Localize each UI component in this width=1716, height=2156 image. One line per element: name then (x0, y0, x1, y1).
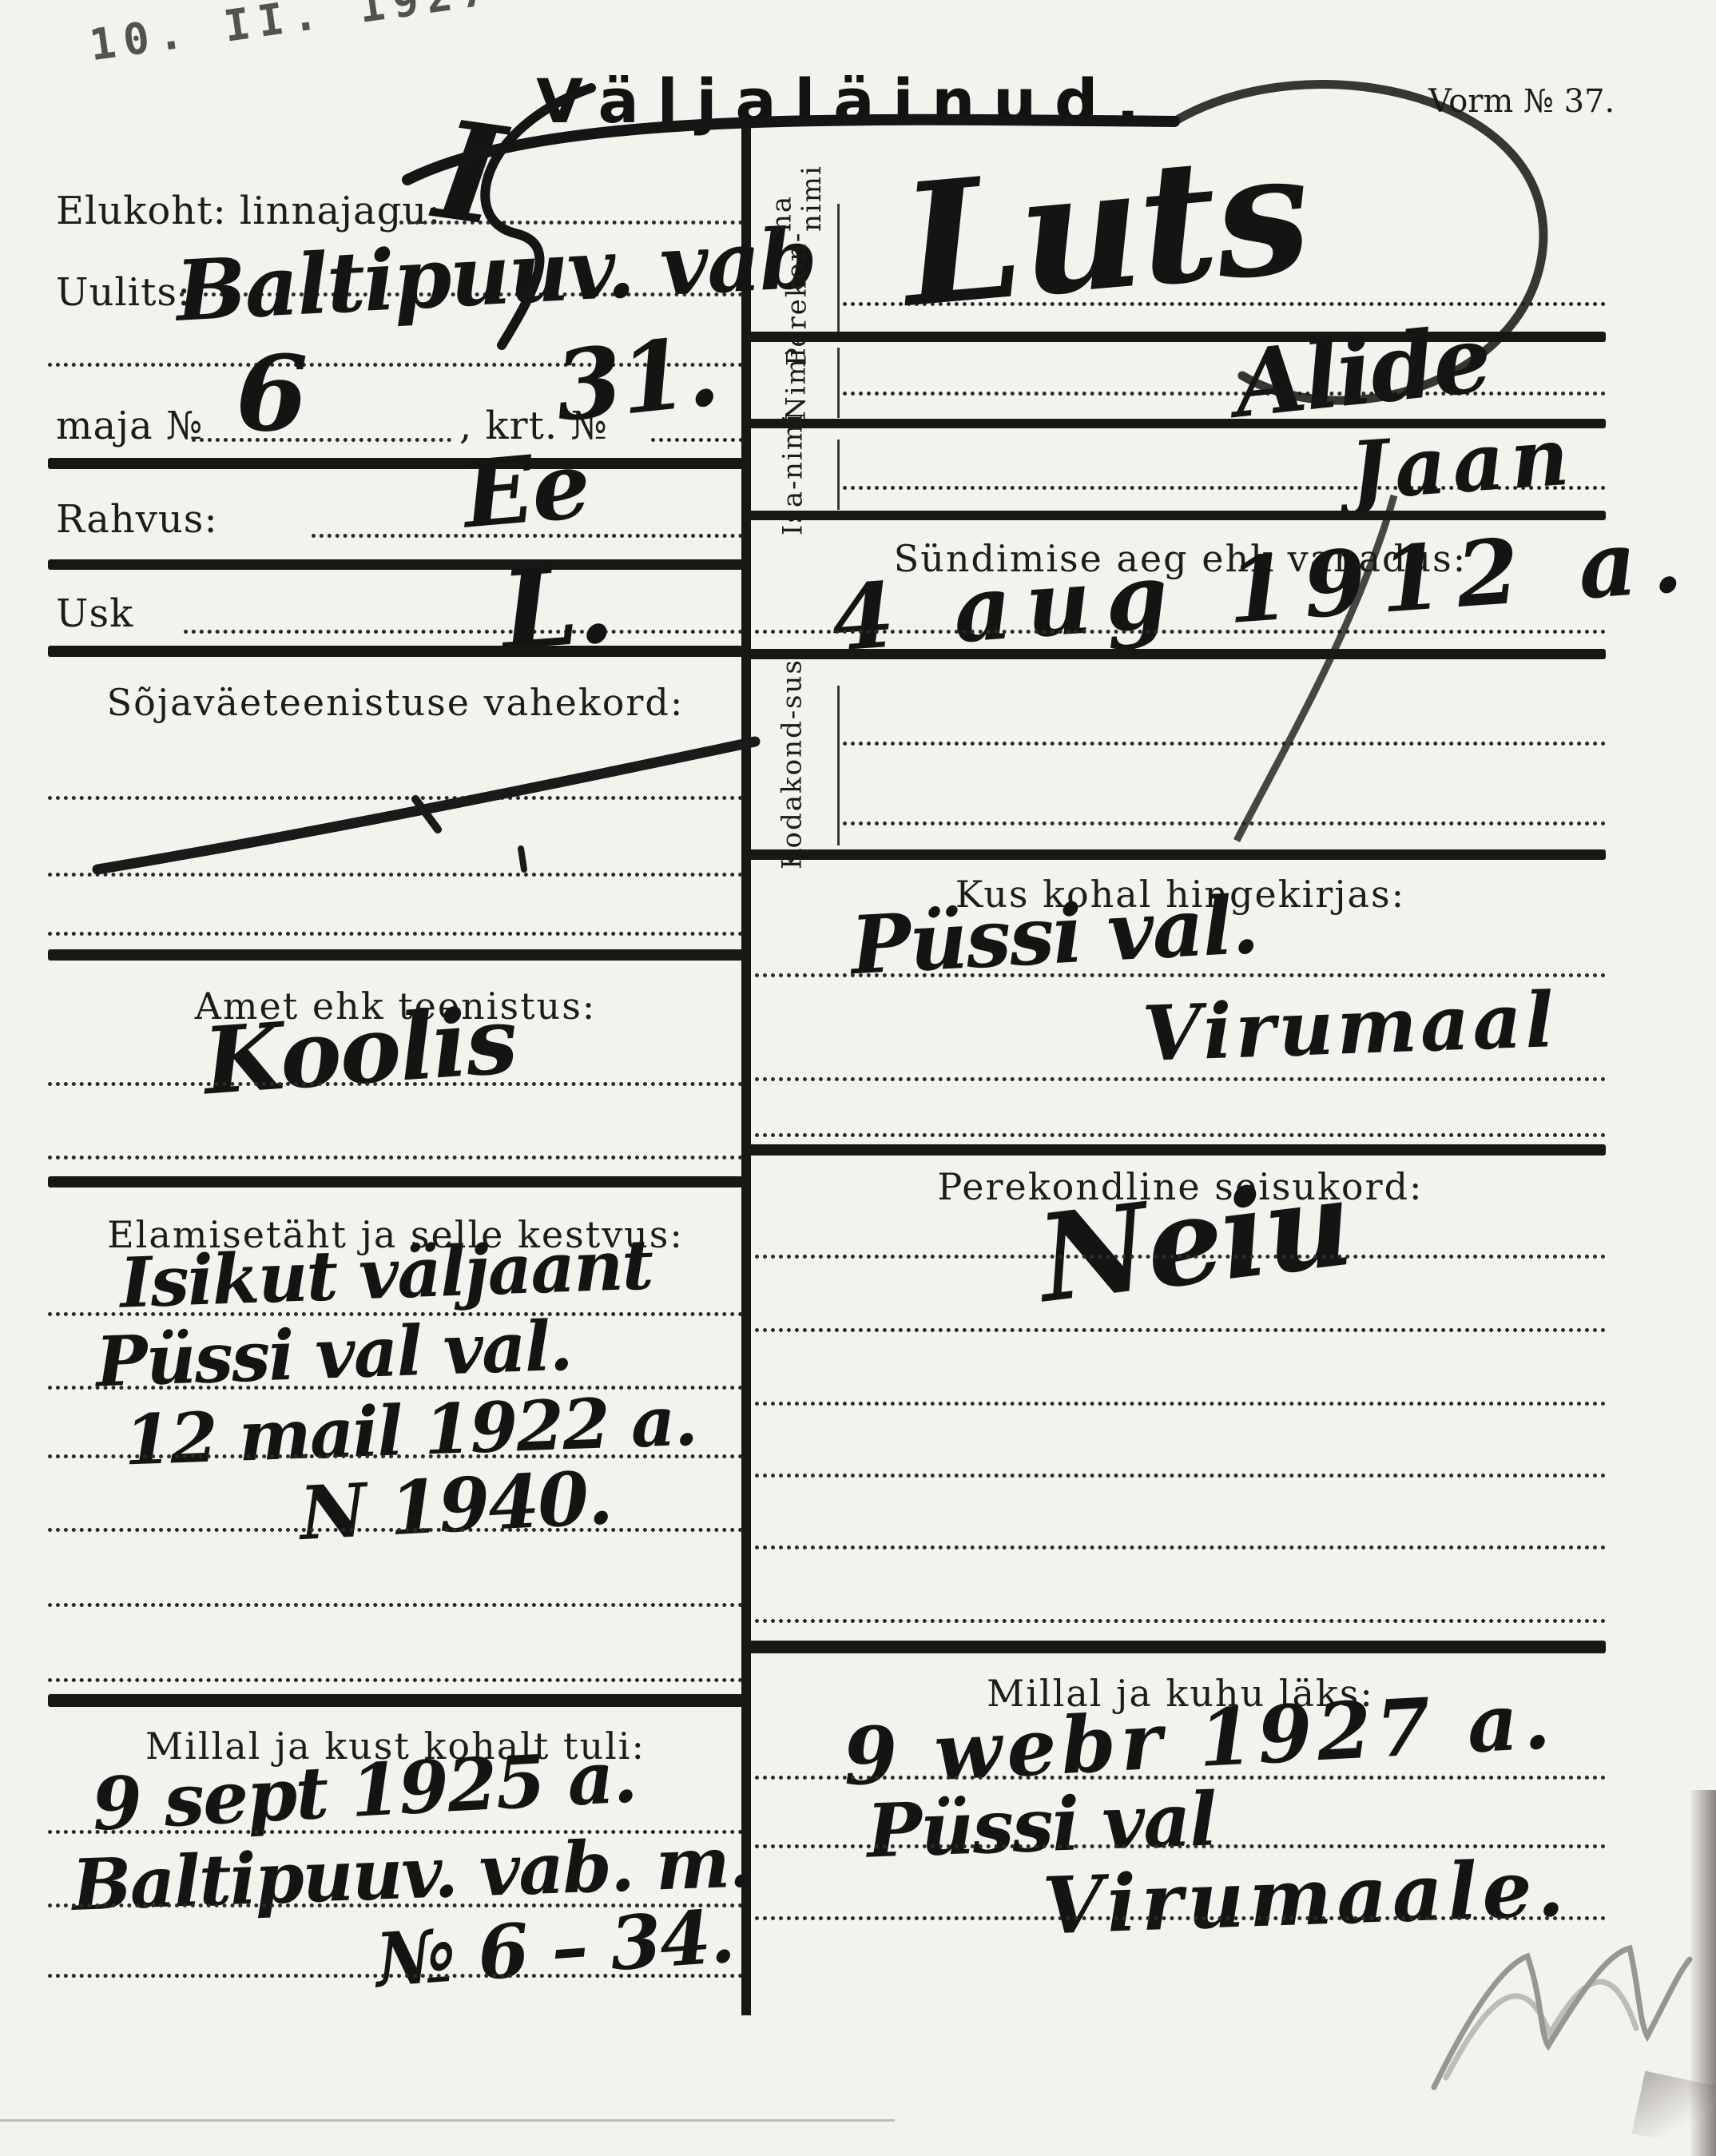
usk-line (184, 630, 743, 634)
section-bar (48, 559, 743, 570)
label-rule (837, 440, 840, 510)
kodakondsus-label: Kodakond- sus (753, 684, 832, 844)
elamisetaht-entry: N 1940. (298, 1461, 613, 1550)
amet-line (48, 1156, 743, 1160)
date-stamp: 10. II. 1927 (86, 0, 497, 70)
laks-entry: Püssi val (866, 1782, 1217, 1868)
maja-label: maja № (56, 404, 203, 448)
section-bar (747, 649, 1606, 659)
rahvus-value: Ee (459, 439, 592, 541)
registration-card: 10. II. 1927 Väljaläinud. Vorm № 37. Elu… (0, 0, 1716, 2156)
form-title: Väljaläinud. (495, 66, 1198, 137)
nimi-value: Alide (1230, 313, 1494, 432)
isanimi-label: Isa- nimi (757, 438, 829, 510)
perekonnanimi-label: Perekon- na nimi (757, 201, 837, 329)
tuli-entry: № 6 – 34. (373, 1899, 735, 1997)
rahvus-label: Rahvus: (56, 497, 218, 542)
sojavae-line (48, 932, 743, 936)
hingekirjas-entry: Virumaal (1142, 982, 1559, 1072)
amet-line (48, 1082, 743, 1086)
nimi-label: Nimi (769, 350, 824, 418)
elamisetaht-line (48, 1678, 743, 1682)
amet-value: Koolis (201, 995, 518, 1108)
section-bar (48, 949, 743, 961)
form-number: Vorm № 37. (1428, 83, 1615, 120)
elamisetaht-line (48, 1603, 743, 1607)
elukoht-label: Elukoht: linnajagu: (56, 189, 441, 233)
usk-label: Usk (56, 591, 133, 636)
kodakondsus-line (843, 821, 1606, 825)
sojavae-line (48, 796, 743, 800)
sojavae-line (48, 873, 743, 877)
hingekirjas-line (755, 1077, 1606, 1081)
hingekirjas-line (755, 973, 1606, 977)
sojavae-heading: Sõjaväeteenistuse vahekord: (48, 681, 743, 724)
uulits-value: Baltipuuv. vab (174, 217, 818, 333)
krt-value: 31. (550, 324, 721, 436)
seisukord-line (755, 1402, 1606, 1406)
section-bar (747, 1144, 1606, 1156)
label-rule (837, 204, 840, 332)
seisukord-value: Neiu (1032, 1163, 1357, 1319)
section-bar (48, 458, 743, 469)
krt-line (651, 438, 743, 442)
section-bar (747, 849, 1606, 860)
section-bar (48, 1694, 743, 1707)
page-corner-fold (1632, 2071, 1716, 2149)
section-bar (747, 1641, 1606, 1653)
hingekirjas-line (755, 1133, 1606, 1137)
seisukord-line (755, 1328, 1606, 1332)
laks-line (755, 1916, 1606, 1920)
tuli-line (48, 1974, 743, 1978)
hingekirjas-entry: Püssi val. (849, 885, 1260, 986)
elamisetaht-entry: 12 mail 1922 a. (123, 1387, 697, 1476)
seisukord-line (755, 1255, 1606, 1259)
elamisetaht-line (48, 1454, 743, 1458)
seisukord-line (755, 1474, 1606, 1478)
perekonnanimi-value: Luts (896, 128, 1315, 330)
seisukord-line (755, 1619, 1606, 1623)
maja-line (192, 438, 451, 442)
strike-mark (97, 742, 755, 869)
label-rule (837, 348, 840, 418)
section-bar (48, 646, 743, 657)
pencil-scribble-mark (1434, 1948, 1690, 2087)
maja-value: 6 (236, 342, 306, 446)
elamisetaht-entry: Isikut väljaant (119, 1231, 653, 1318)
scan-bottom-edge (0, 2119, 895, 2122)
laks-entry: Virumaale. (1041, 1850, 1570, 1947)
elamisetaht-line (48, 1528, 743, 1532)
kodakondsus-line (843, 742, 1606, 746)
section-bar (48, 1176, 743, 1187)
isanimi-value: Jaan (1348, 416, 1578, 511)
seisukord-line (755, 1545, 1606, 1549)
label-rule (837, 686, 840, 845)
section-bar (747, 511, 1606, 520)
sundimise-line (755, 630, 1606, 634)
elamisetaht-entry: Püssi val val. (95, 1312, 573, 1398)
uulits-label: Uulits: (56, 270, 191, 315)
